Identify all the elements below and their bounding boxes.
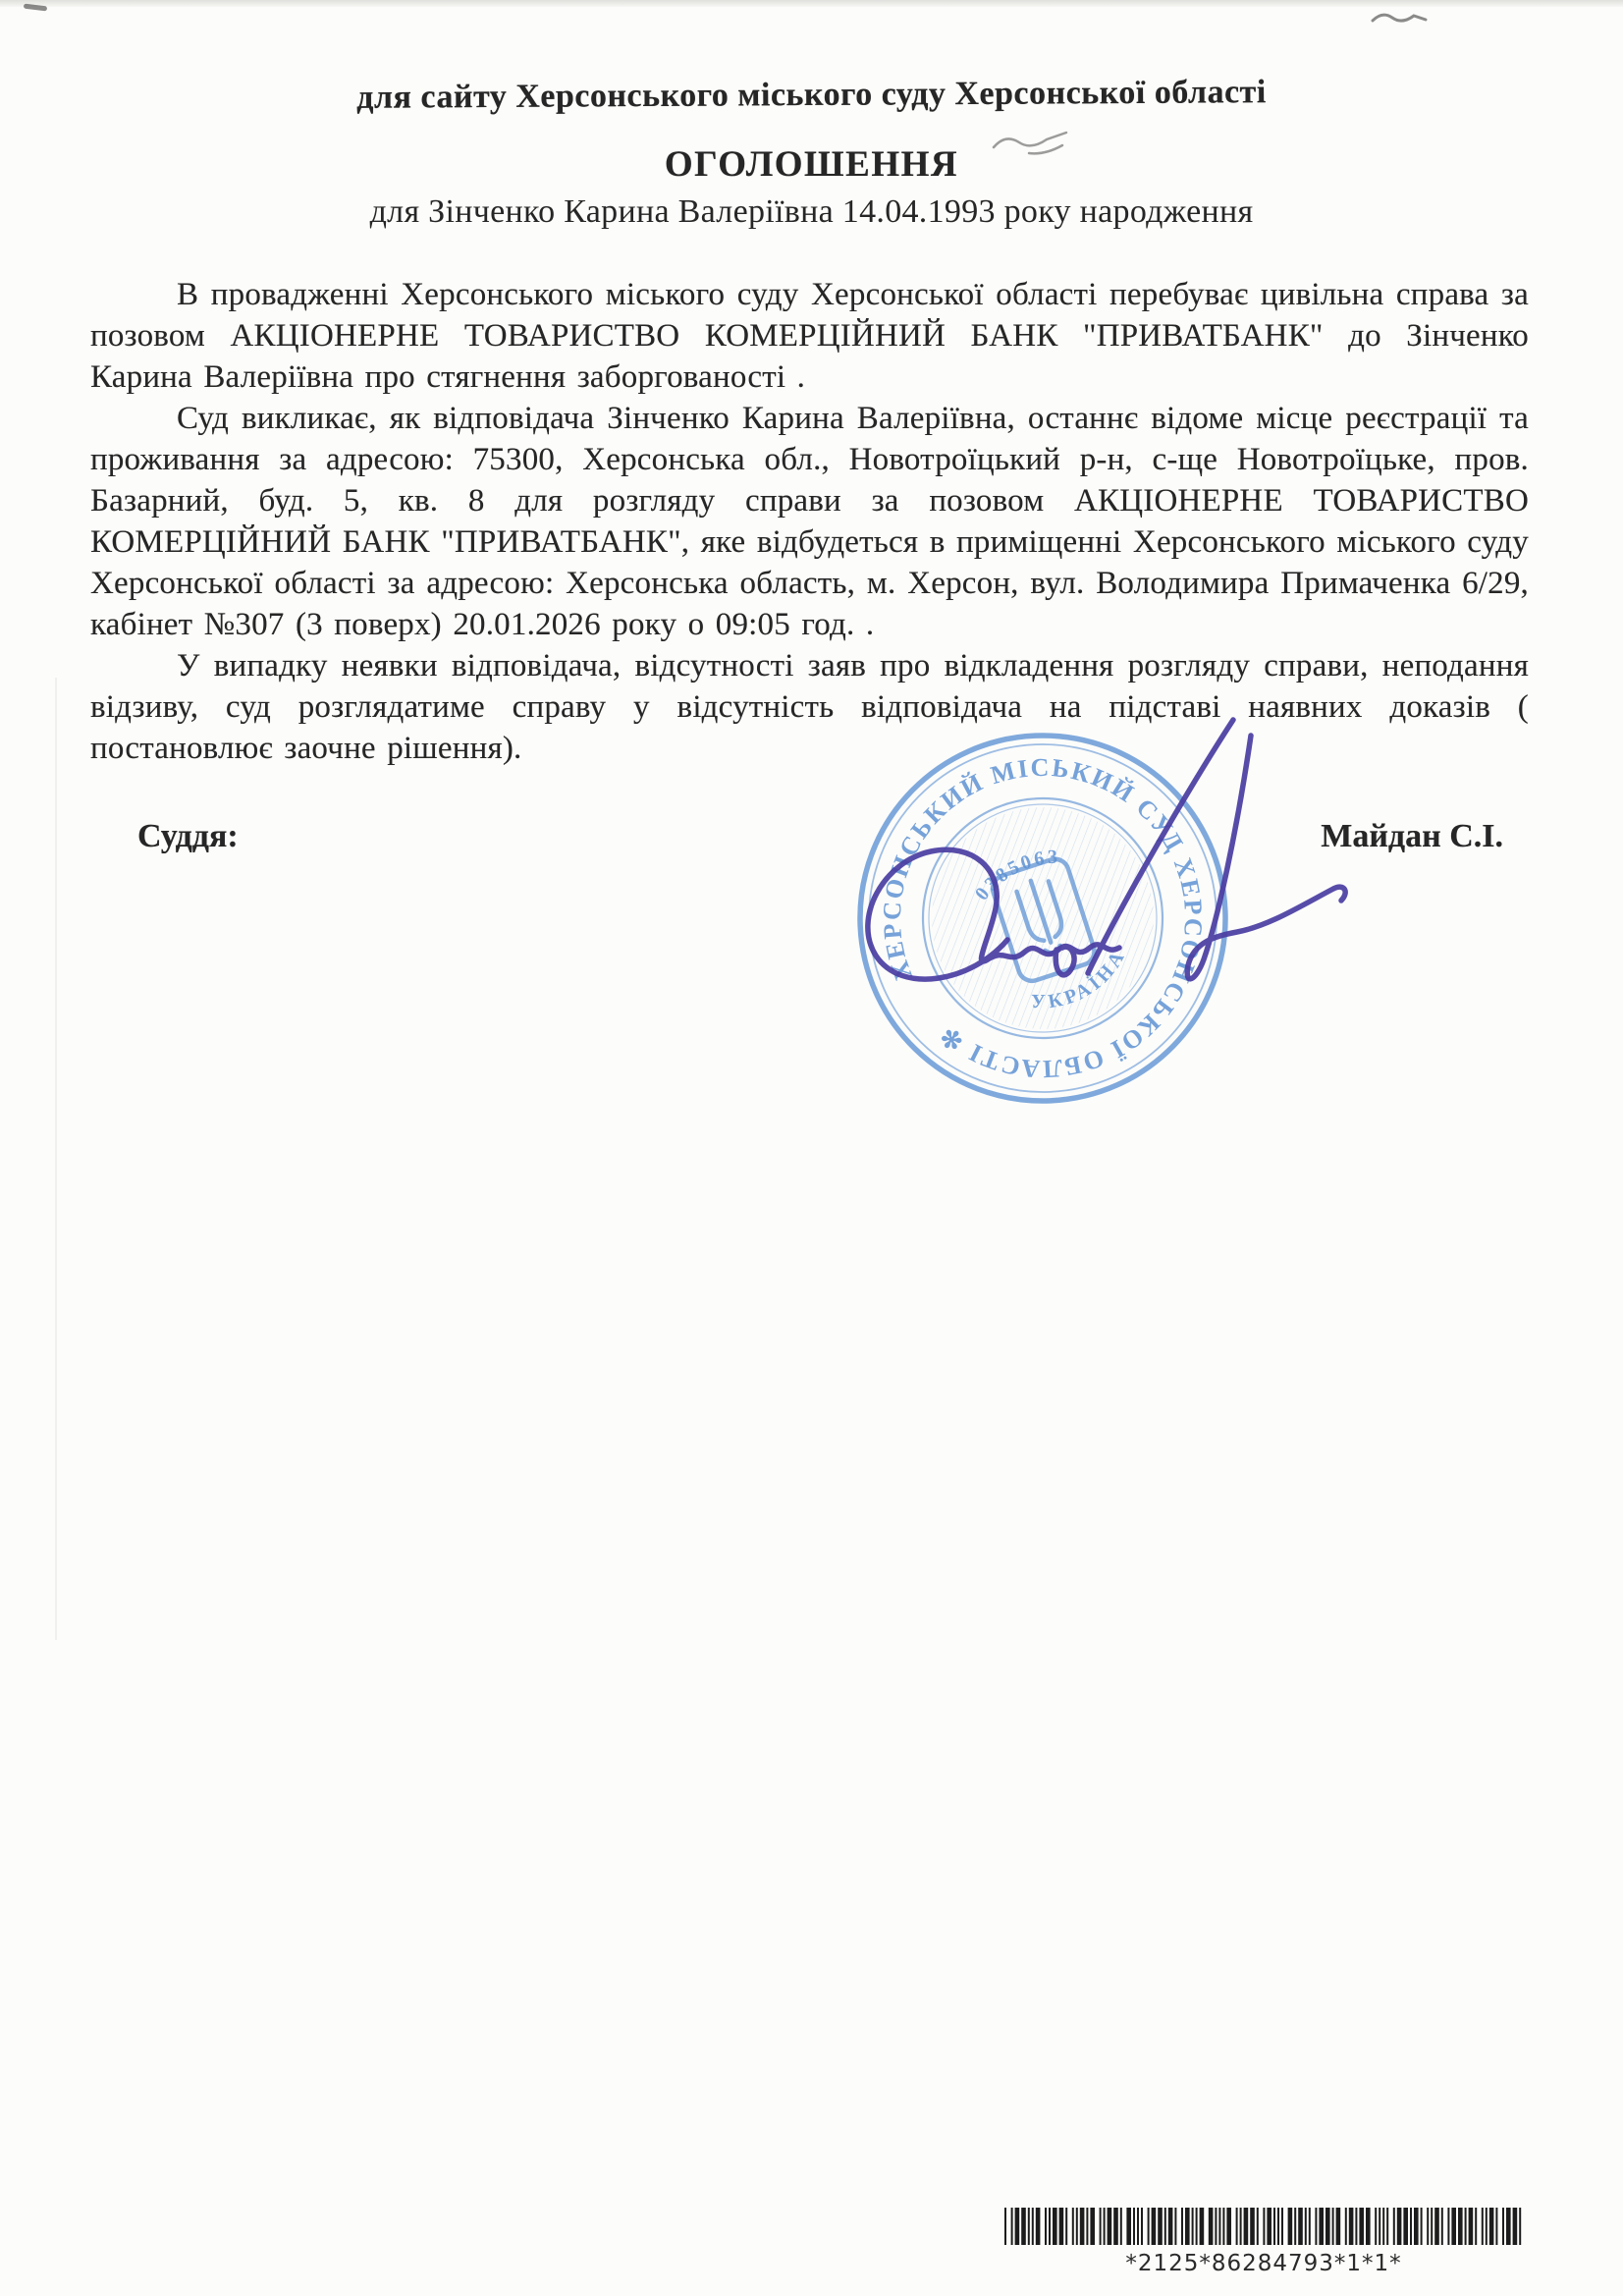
- document-title: ОГОЛОШЕННЯ: [0, 143, 1623, 186]
- document-body: В провадженні Херсонського міського суду…: [90, 274, 1529, 769]
- barcode-block: *2125*86284793*1*1*: [1003, 2208, 1524, 2276]
- paragraph-summons: Суд викликає, як відповідача Зінченко Ка…: [90, 398, 1529, 645]
- judge-label: Суддя:: [137, 818, 239, 855]
- signature-row: Суддя: Майдан С.І.: [0, 818, 1623, 855]
- stamp-and-signature-area: ХЕРСОНСЬКИЙ МІСЬКИЙ СУД ХЕРСОНСЬКОЇ ОБЛА…: [825, 702, 1375, 1124]
- document-header: для сайту Херсонського міського суду Хер…: [0, 0, 1623, 231]
- site-caption-line: для сайту Херсонського міського суду Хер…: [0, 72, 1623, 119]
- court-seal-graphic: ХЕРСОНСЬКИЙ МІСЬКИЙ СУД ХЕРСОНСЬКОЇ ОБЛА…: [825, 702, 1375, 1124]
- addressee-line: для Зінченко Карина Валеріївна 14.04.199…: [0, 193, 1623, 231]
- paragraph-case-info: В провадженні Херсонського міського суду…: [90, 274, 1529, 398]
- paper-fold-artifact: [55, 678, 57, 1640]
- barcode-icon: [1004, 2208, 1524, 2245]
- barcode-caption: *2125*86284793*1*1*: [1003, 2251, 1524, 2276]
- scanned-court-document: для сайту Херсонського міського суду Хер…: [0, 0, 1623, 2296]
- pen-squiggle-artifact: [990, 124, 1084, 165]
- corner-squiggle-artifact: [1371, 6, 1430, 29]
